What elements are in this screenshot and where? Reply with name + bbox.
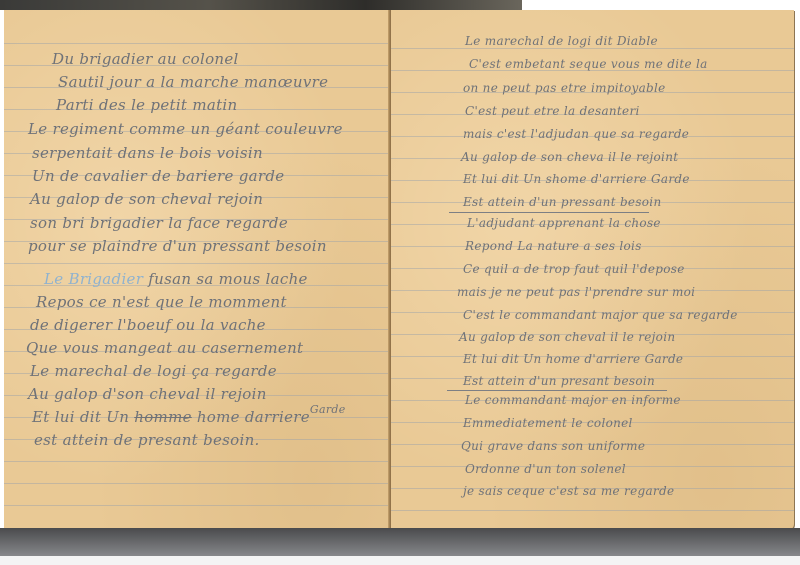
handwritten-line: Et lui dit Un shome d'arriere Garde	[463, 172, 690, 186]
ruled-line	[4, 43, 390, 44]
handwritten-line: mais c'est l'adjudan que sa regarde	[463, 127, 689, 141]
handwritten-line: Ordonne d'un ton solenel	[465, 462, 626, 476]
handwritten-line: Est attein d'un presant besoin	[463, 374, 655, 388]
handwritten-line: Repond La nature a ses lois	[465, 239, 642, 253]
ruled-line	[391, 510, 794, 511]
handwritten-line: Un de cavalier de bariere garde	[32, 167, 284, 185]
handwritten-line: Ce quil a de trop faut quil l'depose	[463, 262, 685, 276]
handwritten-line: Au galop de son cheva il le rejoint	[461, 150, 678, 164]
handwritten-line: pour se plaindre d'un pressant besoin	[28, 237, 327, 255]
ruled-line	[4, 505, 390, 506]
handwritten-line: Repos ce n'est que le momment	[36, 293, 287, 311]
handwritten-line: Le marechal de logi dit Diable	[465, 34, 658, 48]
pencil-text: Et lui dit Un	[32, 408, 134, 426]
stanza-divider	[447, 390, 667, 391]
handwritten-line: Et lui dit Un home d'arriere Garde	[463, 352, 683, 366]
handwritten-line: Sautil jour a la marche manœuvre	[58, 73, 328, 91]
superscript-insertion: Garde	[310, 403, 346, 416]
scan-top-shadow	[0, 0, 522, 10]
handwritten-line: Le regiment comme un géant couleuvre	[28, 120, 343, 138]
handwritten-line: Parti des le petit matin	[56, 96, 237, 114]
ruled-line	[391, 48, 794, 49]
pencil-text: fusan sa mous lache	[143, 270, 308, 288]
handwritten-line: Le commandant major en informe	[465, 393, 681, 407]
handwritten-line: est attein de presant besoin.	[34, 431, 260, 449]
handwritten-line: C'est embetant seque vous me dite la	[469, 57, 708, 71]
handwritten-line: Le marechal de logi ça regarde	[30, 362, 277, 380]
handwritten-line: je sais ceque c'est sa me regarde	[463, 484, 674, 498]
ruled-line	[4, 461, 390, 462]
handwritten-line: Est attein d'un pressant besoin	[463, 195, 661, 209]
handwritten-line: Du brigadier au colonel	[52, 50, 239, 68]
handwritten-line: C'est peut etre la desanteri	[465, 104, 640, 118]
handwritten-line: Que vous mangeat au casernement	[26, 339, 303, 357]
handwritten-line: Et lui dit Un homme home darriereGarde	[32, 408, 346, 426]
handwritten-line: L'adjudant apprenant la chose	[467, 216, 661, 230]
struck-text: homme	[134, 408, 192, 426]
handwritten-line: Qui grave dans son uniforme	[461, 439, 645, 453]
handwritten-line: Au galop d'son cheval il rejoin	[28, 385, 267, 403]
handwritten-line: de digerer l'boeuf ou la vache	[30, 316, 266, 334]
blue-ink-text: Le Brigadier	[44, 270, 143, 288]
handwritten-line: C'est le commandant major que sa regarde	[463, 308, 738, 322]
stanza-divider	[449, 212, 649, 213]
ruled-line	[4, 483, 390, 484]
right-page: Le marechal de logi dit Diable C'est emb…	[391, 10, 794, 530]
handwritten-line: Le Brigadier fusan sa mous lache	[44, 270, 308, 288]
left-page: Du brigadier au colonel Sautil jour a la…	[4, 10, 391, 530]
scan-bottom-margin	[0, 556, 800, 565]
handwritten-line: Au galop de son cheval rejoin	[30, 190, 263, 208]
handwritten-line: Au galop de son cheval il le rejoin	[459, 330, 675, 344]
handwritten-line: on ne peut pas etre impitoyable	[463, 81, 666, 95]
handwritten-line: son bri brigadier la face regarde	[30, 214, 288, 232]
pencil-text: home darriere	[192, 408, 310, 426]
ruled-line	[4, 263, 390, 264]
handwritten-line: mais je ne peut pas l'prendre sur moi	[457, 285, 695, 299]
handwritten-line: serpentait dans le bois voisin	[32, 144, 263, 162]
handwritten-line: Emmediatement le colonel	[463, 416, 633, 430]
